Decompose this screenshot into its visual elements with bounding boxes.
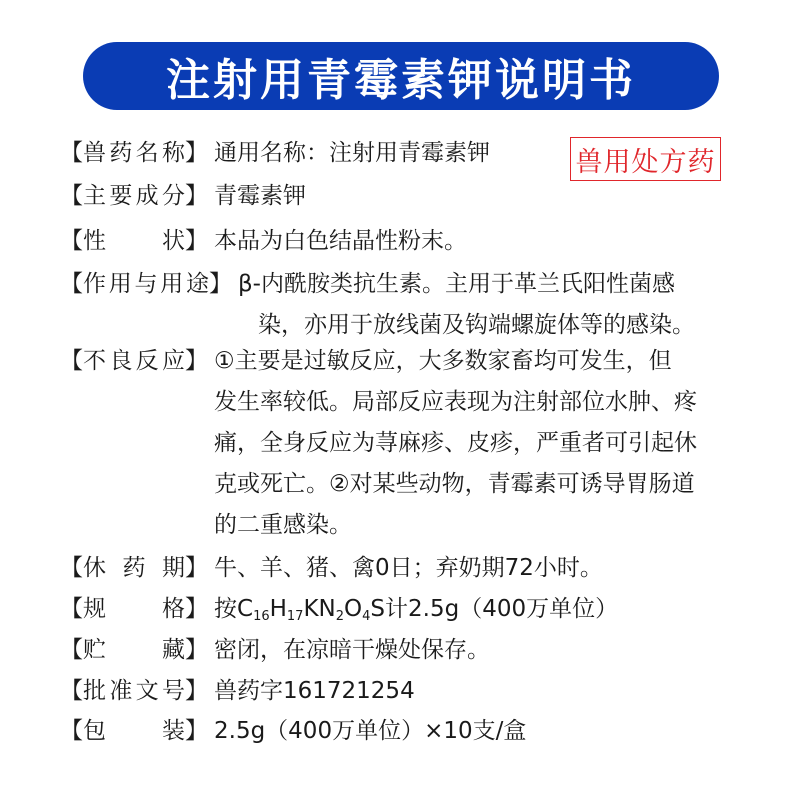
section-value: 通用名称：注射用青霉素钾 (208, 138, 490, 168)
section-label: 【 包装 】 (60, 716, 208, 746)
section-label: 【 性状 】 (60, 226, 208, 256)
section-value: ①主要是过敏反应，大多数家畜均可发生，但 发生率较低。局部反应表现为注射部位水肿… (208, 341, 697, 546)
title-banner: 注射用青霉素钾说明书 (83, 42, 719, 110)
prescription-stamp: 兽用处方药 (570, 137, 721, 181)
section-value: 青霉素钾 (208, 181, 306, 211)
section-label: 【 休药期 】 (60, 553, 208, 583)
section-storage: 【 贮藏 】 密闭，在凉暗干燥处保存。 (60, 635, 490, 665)
section-value: 牛、羊、猪、禽0日；弃奶期72小时。 (208, 553, 603, 583)
section-label: 【 主要成分 】 (60, 181, 208, 211)
section-value: 按C16H17KN2O4S计2.5g（400万单位） (208, 594, 618, 624)
section-specification: 【 规格 】 按C16H17KN2O4S计2.5g（400万单位） (60, 594, 618, 624)
section-packaging: 【 包装 】 2.5g（400万单位）×10支/盒 (60, 716, 526, 746)
section-label: 【 兽药名称 】 (60, 138, 208, 168)
section-value: 2.5g（400万单位）×10支/盒 (208, 716, 526, 746)
section-label: 【 不良反应 】 (60, 341, 208, 546)
section-value: 本品为白色结晶性粉末。 (208, 226, 467, 256)
section-properties: 【 性状 】 本品为白色结晶性粉末。 (60, 226, 467, 256)
section-approval-number: 【 批准文号 】 兽药字161721254 (60, 676, 415, 706)
section-vet-drug-name: 【 兽药名称 】 通用名称：注射用青霉素钾 (60, 138, 490, 168)
section-indications: 【 作用与用途 】 β-内酰胺类抗生素。主用于革兰氏阳性菌感 染，亦用于放线菌及… (60, 264, 695, 346)
section-main-ingredient: 【 主要成分 】 青霉素钾 (60, 181, 306, 211)
section-value: 密闭，在凉暗干燥处保存。 (208, 635, 490, 665)
section-adverse-reactions: 【 不良反应 】 ①主要是过敏反应，大多数家畜均可发生，但 发生率较低。局部反应… (60, 341, 697, 546)
section-withdrawal-period: 【 休药期 】 牛、羊、猪、禽0日；弃奶期72小时。 (60, 553, 603, 583)
section-label: 【 规格 】 (60, 594, 208, 624)
section-value: 兽药字161721254 (208, 676, 415, 706)
document-title: 注射用青霉素钾说明书 (166, 44, 636, 108)
section-label: 【 贮藏 】 (60, 635, 208, 665)
section-label: 【 作用与用途 】 (60, 264, 232, 346)
stamp-text: 兽用处方药 (576, 140, 716, 179)
section-label: 【 批准文号 】 (60, 676, 208, 706)
section-value: β-内酰胺类抗生素。主用于革兰氏阳性菌感 染，亦用于放线菌及钩端螺旋体等的感染。 (232, 264, 695, 346)
